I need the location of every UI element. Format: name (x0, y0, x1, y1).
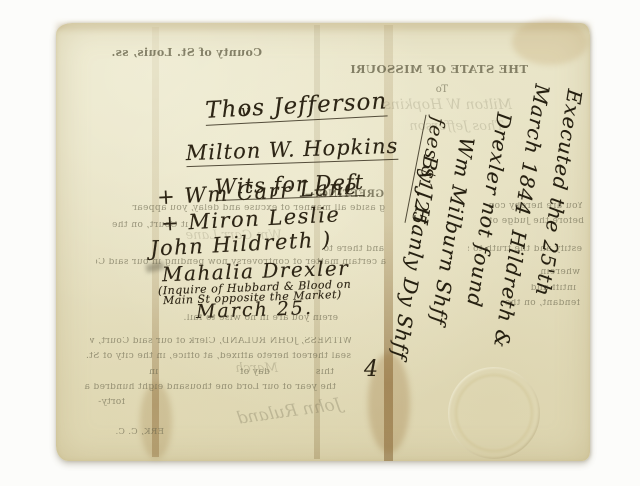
stain-top-edge (56, 23, 590, 30)
bleed-line-clerk-cc: ERK, C. C. (106, 428, 164, 437)
bleed-line-forty: forty- (83, 398, 125, 408)
stain-top-right-corner (512, 19, 588, 65)
bleed-county-line: County of St. Louis, ss. (98, 47, 262, 59)
page-figure: 4 (364, 357, 378, 382)
docket-date: March 25. (196, 297, 314, 323)
bleed-script-march: March (206, 361, 278, 376)
scan-background: County of St. Louis, ss. GREETING:— g as… (0, 0, 640, 486)
bleed-line-witness-clerk: WITNESS, JOHN RULAND, Clerk of our said … (90, 337, 352, 347)
stain-bottom-left-fold (140, 383, 172, 459)
bleed-line-year-of-our-lord: the year of our Lord one thousand eight … (84, 383, 336, 393)
